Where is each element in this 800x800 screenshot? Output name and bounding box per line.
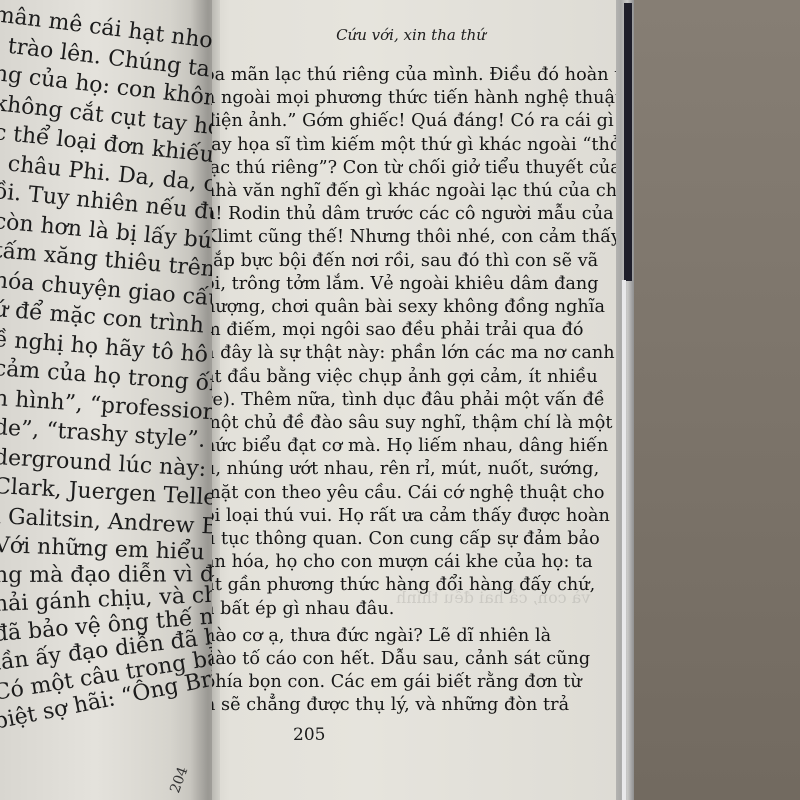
text-line: ắt đầu bằng việc chụp ảnh gợi cảm, ít nh…: [204, 367, 598, 387]
right-page: Cứu với, xin tha thứ ỏa mãn lạc thú riên…: [196, 0, 616, 800]
text-line: à bất ép gì nhau đâu.: [204, 599, 394, 619]
text-line: Klimt cũng thế! Nhưng thôi nhé, con cảm …: [204, 227, 616, 247]
text-line: re). Thêm nữa, tình dục đâu phải một vấn…: [204, 390, 605, 410]
text-line: sắp bực bội đến nơi rồi, sau đó thì con …: [204, 251, 598, 271]
text-line: ăn hóa, họ cho con mượn cái khe của họ: …: [204, 552, 593, 572]
text-line: n! Rodin thủ dâm trước các cô người mẫu …: [204, 204, 614, 224]
text-line: ủ tục thông quan. Con cung cấp sự đảm bả…: [204, 529, 600, 549]
text-line: điện ảnh.” Gớm ghiếc! Quá đáng! Có ra cá…: [204, 111, 614, 131]
text-line: tay họa sĩ tìm kiếm một thứ gì khác ngoà…: [204, 135, 616, 155]
book-page-edge-highlight: [622, 280, 626, 800]
text-line: u, nhúng ướt nhau, rên rỉ, mút, nuốt, sư…: [204, 459, 599, 479]
text-line: n ngoài mọi phương thức tiến hành nghệ t…: [204, 88, 616, 108]
text-line: nào tố cáo con hết. Dẫu sau, cảnh sát cũ…: [204, 649, 590, 669]
page-number-left: 204: [167, 765, 191, 796]
text-line: ôi, trông tởm lắm. Vẻ ngoài khiêu dâm đa…: [204, 274, 599, 294]
text-line: hức biểu đạt cơ mà. Họ liếm nhau, dâng h…: [204, 436, 608, 456]
text-line: à đây là sự thật này: phần lớn các ma nơ…: [204, 343, 615, 363]
text-line: một chủ đề đào sâu suy nghĩ, thậm chí là…: [204, 413, 613, 433]
page-number-right: 205: [293, 725, 325, 745]
text-line: ỏa mãn lạc thú riêng của mình. Điều đó h…: [204, 65, 616, 85]
left-page: mân mê cái hạt nho nhỏ ngón tay vào, quá…: [0, 0, 212, 800]
text-line: lạc thú riêng”? Con từ chối giở tiểu thu…: [204, 158, 616, 178]
text-line: ọi loại thú vui. Họ rất ưa cảm thấy được…: [204, 506, 610, 526]
text-line: m điếm, mọi ngôi sao đều phải trải qua đ…: [204, 320, 584, 340]
running-head: Cứu với, xin tha thứ: [196, 26, 616, 44]
text-line: hượng, chơi quân bài sexy không đồng ngh…: [204, 297, 605, 317]
bleed-through-text: và con, cả hai đều thính: [396, 588, 590, 607]
text-line: phía bọn con. Các em gái biết rằng đơn t…: [204, 672, 582, 692]
text-line: nào cơ ạ, thưa đức ngài? Lẽ dĩ nhiên là: [204, 626, 551, 646]
book-cover-edge: [624, 3, 632, 281]
text-line: mặt con theo yêu cầu. Cái cớ nghệ thuật …: [204, 483, 605, 503]
text-line: n sẽ chẳng được thụ lý, và những đòn trả: [204, 695, 569, 715]
text-line: nhà văn nghĩ đến gì khác ngoài lạc thú c…: [204, 181, 616, 201]
